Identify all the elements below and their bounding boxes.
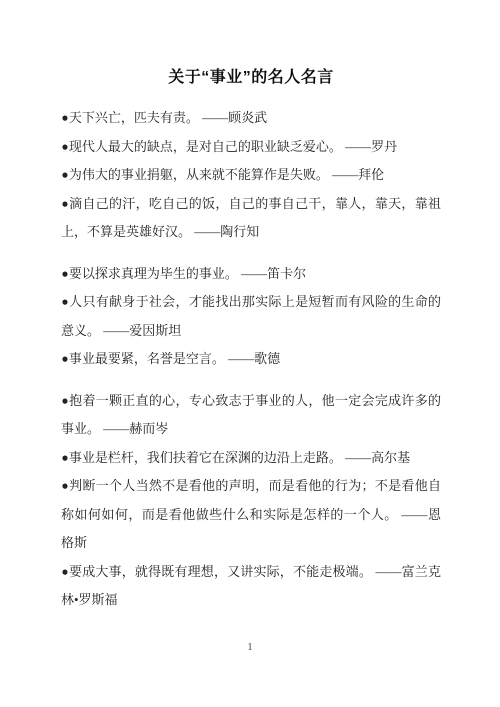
- page-number: 1: [0, 642, 500, 653]
- page-title: 关于“事业”的名人名言: [61, 66, 441, 90]
- quote-author: ——顾炎武: [199, 110, 267, 125]
- quote-author: ——拜伦: [329, 167, 384, 182]
- quote-author: ——笛卡尔: [238, 266, 306, 281]
- quote-text: 要以探求真理为毕生的事业。: [69, 266, 238, 281]
- quote-author: ——陶行知: [191, 224, 259, 239]
- quote-author: ——歌德: [225, 351, 280, 366]
- quote-text: 要成大事，就得既有理想，又讲实际，不能走极端。: [69, 564, 372, 579]
- bullet-icon: ●: [61, 559, 68, 585]
- bullet-icon: ●: [61, 261, 68, 287]
- quote-item: ●滴自己的汗，吃自己的饭，自己的事自己干，靠人，靠天，靠祖上，不算是英雄好汉。 …: [61, 190, 441, 247]
- quote-text: 事业是栏杆，我们扶着它在深渊的边沿上走路。: [69, 450, 342, 465]
- quote-item: ●现代人最大的缺点，是对自己的职业缺乏爱心。 ——罗丹: [61, 133, 441, 162]
- quote-author: ——赫而岑: [100, 421, 168, 436]
- bullet-icon: ●: [61, 445, 68, 471]
- quote-author: ——高尔基: [342, 450, 410, 465]
- bullet-icon: ●: [61, 105, 68, 131]
- quote-item: ●为伟大的事业捐躯，从来就不能算作是失败。 ——拜伦: [61, 161, 441, 190]
- quote-text: 事业最要紧，名誉是空言。: [69, 351, 225, 366]
- quote-item: ●事业最要紧，名誉是空言。 ——歌德: [61, 345, 441, 374]
- bullet-icon: ●: [61, 134, 68, 160]
- quote-item: ●判断一个人当然不是看他的声明，而是看他的行为；不是看他自称如何如何，而是看他做…: [61, 472, 441, 558]
- quote-item: ●天下兴亡，匹夫有责。 ——顾炎武: [61, 104, 441, 133]
- quote-item: ●要以探求真理为毕生的事业。 ——笛卡尔: [61, 260, 441, 289]
- quote-item: ●人只有献身于社会，才能找出那实际上是短暂而有风险的生命的意义。 ——爱因斯坦: [61, 288, 441, 345]
- bullet-icon: ●: [61, 289, 68, 315]
- quote-text: 天下兴亡，匹夫有责。: [69, 110, 199, 125]
- quote-author: ——罗丹: [342, 139, 397, 154]
- bullet-icon: ●: [61, 191, 68, 217]
- bullet-icon: ●: [61, 473, 68, 499]
- quote-author: ——爱因斯坦: [100, 323, 181, 338]
- quote-item: ●事业是栏杆，我们扶着它在深渊的边沿上走路。 ——高尔基: [61, 444, 441, 473]
- quote-item: ●要成大事，就得既有理想，又讲实际，不能走极端。 ——富兰克林•罗斯福: [61, 558, 441, 615]
- document-body: 关于“事业”的名人名言 ●天下兴亡，匹夫有责。 ——顾炎武 ●现代人最大的缺点，…: [0, 0, 500, 615]
- quote-text: 判断一个人当然不是看他的声明，而是看他的行为；不是看他自称如何如何，而是看他做些…: [61, 478, 441, 522]
- bullet-icon: ●: [61, 388, 68, 414]
- quote-text: 为伟大的事业捐躯，从来就不能算作是失败。: [69, 167, 329, 182]
- bullet-icon: ●: [61, 346, 68, 372]
- document-page: 关于“事业”的名人名言 ●天下兴亡，匹夫有责。 ——顾炎武 ●现代人最大的缺点，…: [0, 0, 500, 707]
- quote-text: 现代人最大的缺点，是对自己的职业缺乏爱心。: [69, 139, 342, 154]
- bullet-icon: ●: [61, 162, 68, 188]
- quote-item: ●抱着一颗正直的心，专心致志于事业的人，他一定会完成许多的事业。 ——赫而岑: [61, 387, 441, 444]
